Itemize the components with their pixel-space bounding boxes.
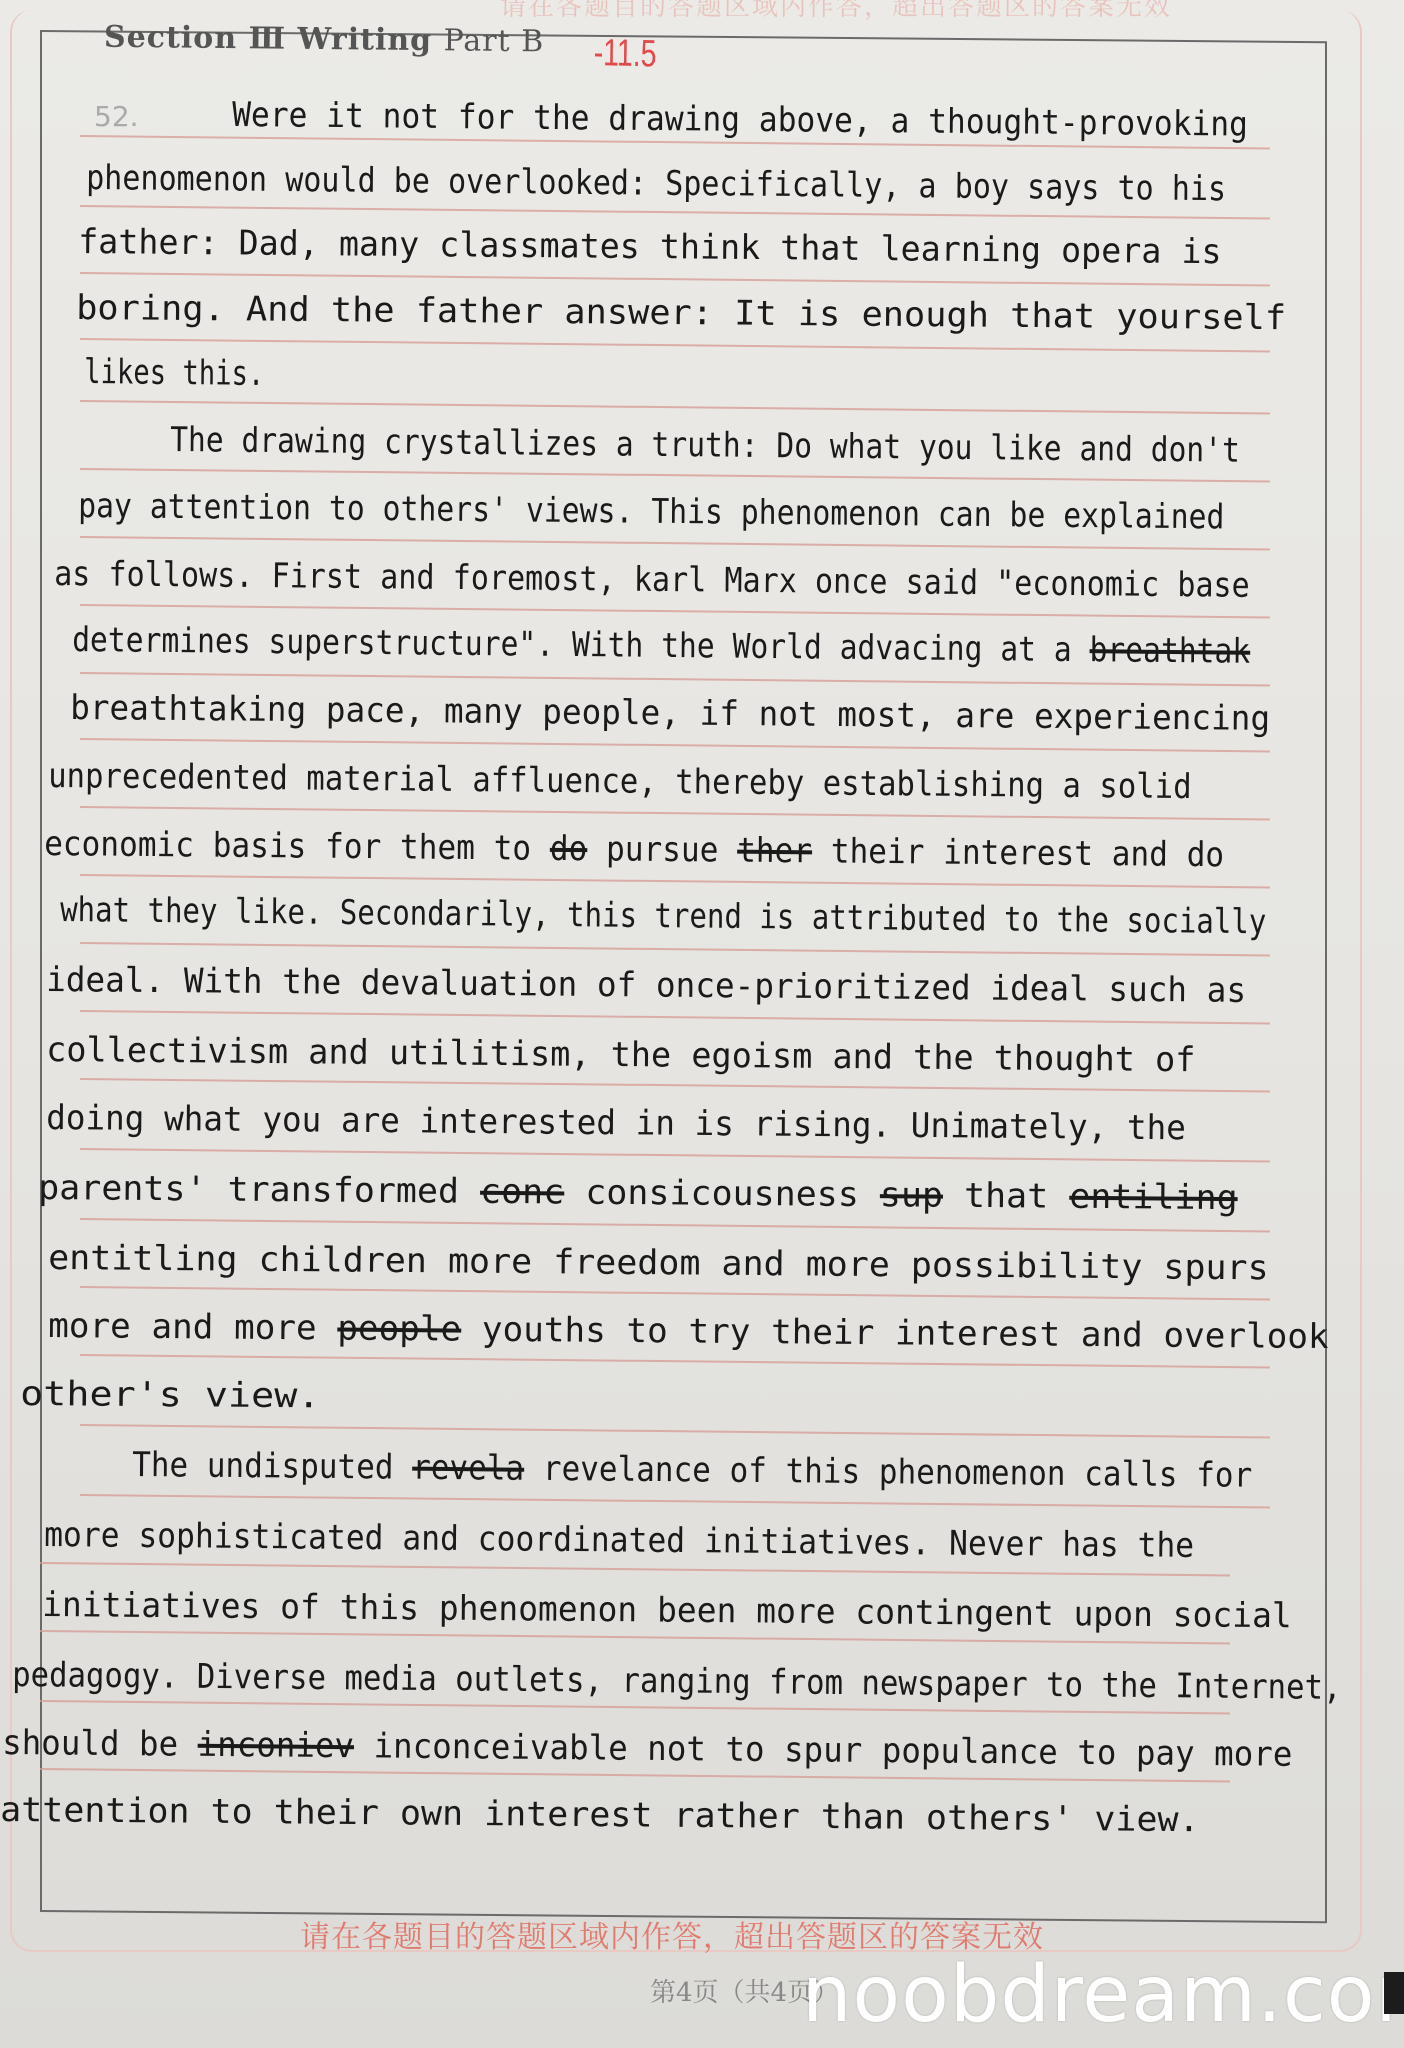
struck-word: breathtak <box>1089 630 1250 672</box>
struck-word: inconiev <box>197 1725 354 1766</box>
line-text: their interest and do <box>812 831 1224 875</box>
watermark: noobdream.com <box>802 1950 1404 2040</box>
line-text: economic basis for them to <box>44 824 550 869</box>
struck-word: sup <box>880 1175 943 1216</box>
struck-word: ther <box>737 831 812 872</box>
struck-word: entiling <box>1069 1177 1238 1218</box>
essay-line: other's view. <box>20 1374 321 1416</box>
line-text: revelance of this phenomenon calls for <box>524 1449 1252 1496</box>
score-mark: -11.5 <box>593 32 656 76</box>
line-text: inconceivable not to spur populance to p… <box>354 1726 1293 1775</box>
struck-word: revela <box>412 1448 524 1489</box>
line-text: that <box>943 1176 1070 1217</box>
line-text: more and more <box>48 1306 337 1348</box>
line-text: parents' transformed <box>38 1168 480 1212</box>
line-text: youths to try their interest and overloo… <box>461 1310 1329 1358</box>
section-title-text: Section Ⅲ Writing <box>104 20 432 58</box>
watermark-edge <box>1384 1972 1404 2014</box>
answer-sheet-page: 请在各题目的答题区域内作答，超出答题区的答案无效 Section Ⅲ Writi… <box>0 0 1404 2048</box>
struck-word: conc <box>480 1172 565 1213</box>
line-text: pursue <box>587 829 737 870</box>
line-text: consicousness <box>564 1172 880 1215</box>
section-title: Section Ⅲ Writing Part B <box>104 20 545 60</box>
essay-line: likes this. <box>84 352 264 394</box>
line-text: other's view. <box>20 1374 321 1416</box>
struck-word: do <box>550 829 588 869</box>
question-number: 52. <box>94 100 139 133</box>
line-text: The undisputed <box>132 1445 412 1488</box>
line-text: likes this. <box>84 352 264 394</box>
part-label: Part B <box>443 23 544 59</box>
struck-word: people <box>337 1309 461 1350</box>
line-text: should be <box>2 1723 198 1765</box>
